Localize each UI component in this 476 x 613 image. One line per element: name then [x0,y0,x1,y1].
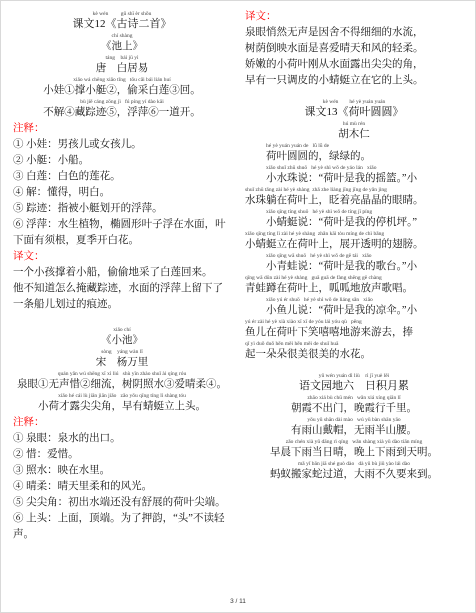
prose-line-text: 小蜻蜓立在荷叶上，展开透明的翅膀。 [245,238,463,251]
note-item: ② 惜：爱惜。 [13,447,231,463]
prose-line-text: 水珠躺在荷叶上，眨着亮晶晶的眼睛。 [245,194,463,207]
pinyin-line: xiǎo wá chēng xiǎo tǐng tōu cǎi bái lián… [13,77,231,84]
lesson-heading-text: 语文园地六 日积月累 [245,380,463,393]
lesson12-heading: kè wén gǔ shī èr shǒu 课文12《古诗二首》 [13,11,231,31]
proverb-line-text: 有雨山戴帽，无雨半山腰。 [245,424,463,437]
pinyin-line: hé yè yuán yuán de lǜ lǜ de [266,143,463,150]
prose-line-text: 小青蛙说：“荷叶是我的歌台。”小 [266,260,463,273]
poem-author-text: 胡木仁 [245,128,463,141]
poem-line-text: 小荷才露尖尖角，早有蜻蜓立上头。 [13,400,231,413]
pinyin-line: sòng yáng wàn lǐ [13,349,231,356]
pinyin-line: zhāo xiá bù chū mén wǎn xiá xíng qiān lǐ [245,395,463,402]
note-item: ① 小娃：男孩儿或女孩儿。 [13,137,231,153]
prose-line: yú ér zài hé yè xià xiào xī xī de yóu lá… [245,319,463,339]
translation-paragraph: 一个小孩撑着小船，偷偷地采了白莲回来。 [13,265,231,281]
poem-line: xiǎo wá chēng xiǎo tǐng tōu cǎi bái lián… [13,77,231,97]
note-item: ⑥ 上头：上面，顶端。为了押韵，“头”不读轻声。 [13,511,231,543]
xiaochi-title: xiǎo chí 《小池》 [13,327,231,347]
note-item: ④ 解：懂得，明白。 [13,185,231,201]
chishang-author: táng bái jū yì 唐 白居易 [13,55,231,75]
pinyin-line: kè wén hé yè yuán yuán [245,99,463,106]
prose-line: xiǎo qīng tíng lì zài hé yè shàng zhǎn k… [245,231,463,251]
translation-label: 译文： [13,249,231,265]
pinyin-line: mǎ yǐ bān jiā shé guò dào dà yǔ bù jiǔ y… [245,461,463,468]
pinyin-line: chí shàng [13,33,231,40]
pinyin-line: xiǎo qīng wā shuō hé yè shì wǒ de gē tái… [266,253,463,260]
pinyin-line: xiǎo yú ér shuō hé yè shì wǒ de liáng sǎ… [266,297,463,304]
lesson-heading-text: 课文13《荷叶圆圆》 [245,106,463,119]
poem-title-text: 《池上》 [13,40,231,53]
pinyin-line: kè wén gǔ shī èr shǒu [13,11,231,18]
pinyin-line: xiǎo qīng tíng lì zài hé yè shàng zhǎn k… [245,231,463,238]
proverb-line: yǒu yǔ shān dài mào wú yǔ bàn shān yāo 有… [245,417,463,437]
poem-line: quán yǎn wú shēng xī xì liú shù yīn zhào… [13,371,231,391]
prose-line-text: 青蛙蹲在荷叶上，呱呱地放声歌唱。 [245,282,463,295]
translation-line: 娇嫩的小荷叶刚从水面露出尖尖的角， [245,57,463,73]
note-item: ⑤ 踪迹：指被小艇划开的浮萍。 [13,201,231,217]
prose-line-text: 小水珠说：“荷叶是我的摇篮。”小 [266,172,463,185]
prose-line-text: 荷叶圆圆的，绿绿的。 [266,150,463,163]
proverb-line: zhāo xiá bù chū mén wǎn xiá xíng qiān lǐ… [245,395,463,415]
pinyin-line: qǐ yì duǒ duǒ hěn měi hěn měi de shuǐ hu… [245,341,463,348]
lesson-heading-text: 课文12《古诗二首》 [13,18,231,31]
pinyin-line: táng bái jū yì [13,55,231,62]
pinyin-line: xiǎo qīng tíng shuō hé yè shì wǒ de tíng… [266,209,463,216]
section-gap [245,89,463,97]
poem-line-text: 小娃①撑小艇②，偷采白莲③回。 [13,84,231,97]
pinyin-line: xiǎo chí [13,327,231,334]
note-item: ⑤ 尖尖角：初出水端还没有舒展的荷叶尖端。 [13,495,231,511]
pinyin-line: xiǎo hé cái lù jiān jiān jiǎo zǎo yǒu qī… [13,393,231,400]
poem-line-text: 不解④藏踪迹⑤，浮萍⑥一道开。 [13,106,231,119]
section-gap [245,363,463,371]
note-item: ③ 照水：映在水里。 [13,463,231,479]
poem-author-text: 宋 杨万里 [13,356,231,369]
translation-line: 树荫倒映水面是喜爱晴天和风的轻柔。 [245,41,463,57]
pinyin-line: hú mù rén [245,121,463,128]
poem-line-text: 泉眼①无声惜②细流，树阴照水③爱晴柔④。 [13,378,231,391]
poem-line: xiǎo hé cái lù jiān jiān jiǎo zǎo yǒu qī… [13,393,231,413]
prose-line-text: 小蜻蜓说：“荷叶是我的停机坪。” [266,216,463,229]
yuandi-heading: yǔ wén yuán dì liù rì jī yuè lěi 语文园地六 日… [245,373,463,393]
pinyin-line: bù jiě cáng zōng jì fú píng yí dào kāi [13,99,231,106]
note-item: ④ 晴柔：晴天里柔和的风光。 [13,479,231,495]
prose-line-text: 起一朵朵很美很美的水花。 [245,348,463,361]
prose-line-text: 小鱼儿说：“荷叶是我的凉伞。”小 [266,304,463,317]
notes-label: 注释： [13,415,231,431]
prose-line: xiǎo yú ér shuō hé yè shì wǒ de liáng sǎ… [245,297,463,317]
proverb-line: mǎ yǐ bān jiā shé guò dào dà yǔ bù jiǔ y… [245,461,463,481]
xiaochi-author: sòng yáng wàn lǐ 宋 杨万里 [13,349,231,369]
proverb-line-text: 蚂蚁搬家蛇过道，大雨不久要来到。 [245,468,463,481]
prose-line: hé yè yuán yuán de lǜ lǜ de 荷叶圆圆的，绿绿的。 [245,143,463,163]
prose-line: xiǎo qīng wā shuō hé yè shì wǒ de gē tái… [245,253,463,273]
prose-line: xiǎo qīng tíng shuō hé yè shì wǒ de tíng… [245,209,463,229]
proverb-line-text: 早晨下雨当日晴，晚上下雨到天明。 [245,446,463,459]
left-column: kè wén gǔ shī èr shǒu 课文12《古诗二首》 chí shà… [13,9,231,543]
pinyin-line: qīng wā dūn zài hé yè shàng guā guā de f… [245,275,463,282]
poem-author-text: 唐 白居易 [13,62,231,75]
pinyin-line: quán yǎn wú shēng xī xì liú shù yīn zhào… [13,371,231,378]
two-column-layout: kè wén gǔ shī èr shǒu 课文12《古诗二首》 chí shà… [1,1,475,543]
pinyin-line: yǒu yǔ shān dài mào wú yǔ bàn shān yāo [245,417,463,424]
prose-line: qǐ yì duǒ duǒ hěn měi hěn měi de shuǐ hu… [245,341,463,361]
right-column: 译文： 泉眼悄然无声是因舍不得细细的水流， 树荫倒映水面是喜爱晴天和风的轻柔。 … [245,9,463,543]
document-page: kè wén gǔ shī èr shǒu 课文12《古诗二首》 chí shà… [0,0,476,613]
prose-line-text: 鱼儿在荷叶下笑嘻嘻地游来游去，捧 [245,326,463,339]
pinyin-line: yú ér zài hé yè xià xiào xī xī de yóu lá… [245,319,463,326]
translation-paragraph: 他不知道怎么掩藏踪迹，水面的浮萍上留下了一条船儿划过的痕迹。 [13,281,231,313]
prose-line: shuǐ zhū tǎng zài hé yè shàng zhǎ zhe li… [245,187,463,207]
pinyin-line: zǎo chén xià yǔ dāng rì qíng wǎn shàng x… [245,439,463,446]
lesson13-heading: kè wén hé yè yuán yuán 课文13《荷叶圆圆》 [245,99,463,119]
translation-label: 译文： [245,9,463,25]
translation-line: 泉眼悄然无声是因舍不得细细的水流， [245,25,463,41]
pinyin-line: yǔ wén yuán dì liù rì jī yuè lěi [245,373,463,380]
chishang-title: chí shàng 《池上》 [13,33,231,53]
translation-line: 早有一只调皮的小蜻蜓立在它的上头。 [245,73,463,89]
prose-line: qīng wā dūn zài hé yè shàng guā guā de f… [245,275,463,295]
note-item: ① 泉眼：泉水的出口。 [13,431,231,447]
poem-line: bù jiě cáng zōng jì fú píng yí dào kāi 不… [13,99,231,119]
lesson13-author: hú mù rén 胡木仁 [245,121,463,141]
poem-title-text: 《小池》 [13,334,231,347]
note-item: ③ 白莲：白色的莲花。 [13,169,231,185]
notes-label: 注释： [13,121,231,137]
prose-line: xiǎo shuǐ zhū shuō hé yè shì wǒ de yáo l… [245,165,463,185]
note-item: ② 小艇：小船。 [13,153,231,169]
pinyin-line: xiǎo shuǐ zhū shuō hé yè shì wǒ de yáo l… [266,165,463,172]
proverb-line-text: 朝霞不出门，晚霞行千里。 [245,402,463,415]
proverb-line: zǎo chén xià yǔ dāng rì qíng wǎn shàng x… [245,439,463,459]
page-number: 3 / 11 [1,598,475,605]
note-item: ⑥ 浮萍：水生植物，椭圆形叶子浮在水面，叶下面有须根，夏季开白花。 [13,217,231,249]
section-gap [13,313,231,325]
pinyin-line: shuǐ zhū tǎng zài hé yè shàng zhǎ zhe li… [245,187,463,194]
